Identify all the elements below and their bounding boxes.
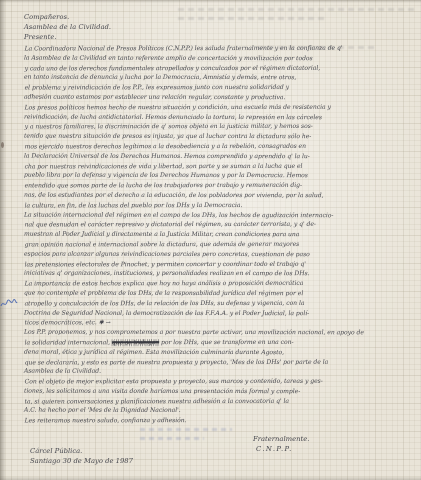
ghost-text-row [178, 8, 416, 11]
body-line: dena moral, ética y jurídica al régimen.… [24, 347, 416, 357]
scan-edge-shadow-top [0, 0, 421, 3]
ink-blot [1, 142, 4, 148]
scan-edge-shadow-left [0, 0, 6, 480]
letter-closing: Fraternalmente. C.N.P.P. [253, 434, 309, 454]
body-line: la cultura, en fin, de las luchas del pu… [25, 200, 417, 211]
body-line: tiones, les solicitamos a una visita don… [24, 387, 416, 397]
body-line: nas, de los estudiantes por el derecho a… [24, 191, 416, 201]
closing-signature: C.N.P.P. [253, 444, 309, 454]
body-line: La Coordinadora Nacional de Presos Polít… [25, 44, 417, 55]
body-line: Les reiteramos nuestro saludo, confianza… [25, 416, 417, 427]
greeting-line-recipients: Compañeros. [24, 12, 111, 22]
body-line: muestran al Poder Judicial y directament… [24, 230, 416, 240]
body-line: la solidaridad internacional, que se tra… [25, 337, 417, 348]
body-line: que no contemple el problema de los DHs,… [24, 289, 416, 299]
body-line-segment: la solidaridad internacional, [25, 339, 112, 346]
blue-margin-scribble-icon [0, 297, 18, 311]
letter-body: La Coordinadora Nacional de Presos Polít… [24, 44, 416, 426]
bleed-through-ghost-text-blue [140, 428, 232, 445]
footer-place: Cárcel Pública. [30, 446, 133, 456]
body-line: Los presos políticos hemos hecho de nues… [25, 102, 417, 113]
letter-footer: Cárcel Pública. Santiago 30 de Mayo de 1… [30, 446, 133, 466]
body-line: Con el objeto de mejor explicitar esta p… [25, 377, 417, 388]
body-line: Los P.P. proponemos, y nos comprometemos… [24, 328, 416, 338]
struck-phrase: que se trabajan [112, 339, 159, 346]
body-line-segment: por los DHs, que se transforme en una co… [159, 339, 293, 346]
bleed-through-ghost-text [178, 8, 416, 25]
footer-date: Santiago 30 de Mayo de 1987 [30, 456, 133, 466]
ghost-text-row [178, 17, 326, 20]
body-line: La importancia de estos hechos explica q… [25, 279, 417, 290]
closing-farewell: Fraternalmente. [253, 434, 309, 444]
ghost-text-row [140, 428, 232, 431]
body-line: atropello y conculcación de los DHs, de … [25, 298, 417, 309]
greeting-line-organization: Asamblea de la Civilidad. [24, 22, 111, 32]
body-line: la Declaración Universal de los Derechos… [24, 151, 416, 161]
letter-greeting: Compañeros. Asamblea de la Civilidad. Pr… [24, 12, 111, 42]
body-line: la Asamblea de la Civilidad en tanto ref… [24, 53, 416, 63]
body-line: gran opinión nacional e internacional so… [25, 240, 417, 251]
body-line: mos ejercido nuestros derechos legítimos… [25, 142, 417, 153]
body-line: adhesión cuanto estamos por establecer u… [24, 93, 416, 103]
letter-page: Compañeros. Asamblea de la Civilidad. Pr… [0, 0, 421, 480]
body-line: espacios para alcanzar algunas reivindic… [24, 249, 416, 259]
greeting-line-presente: Presente. [24, 32, 111, 42]
ghost-text-row [140, 437, 204, 440]
scan-edge-shadow-bottom [0, 476, 421, 480]
